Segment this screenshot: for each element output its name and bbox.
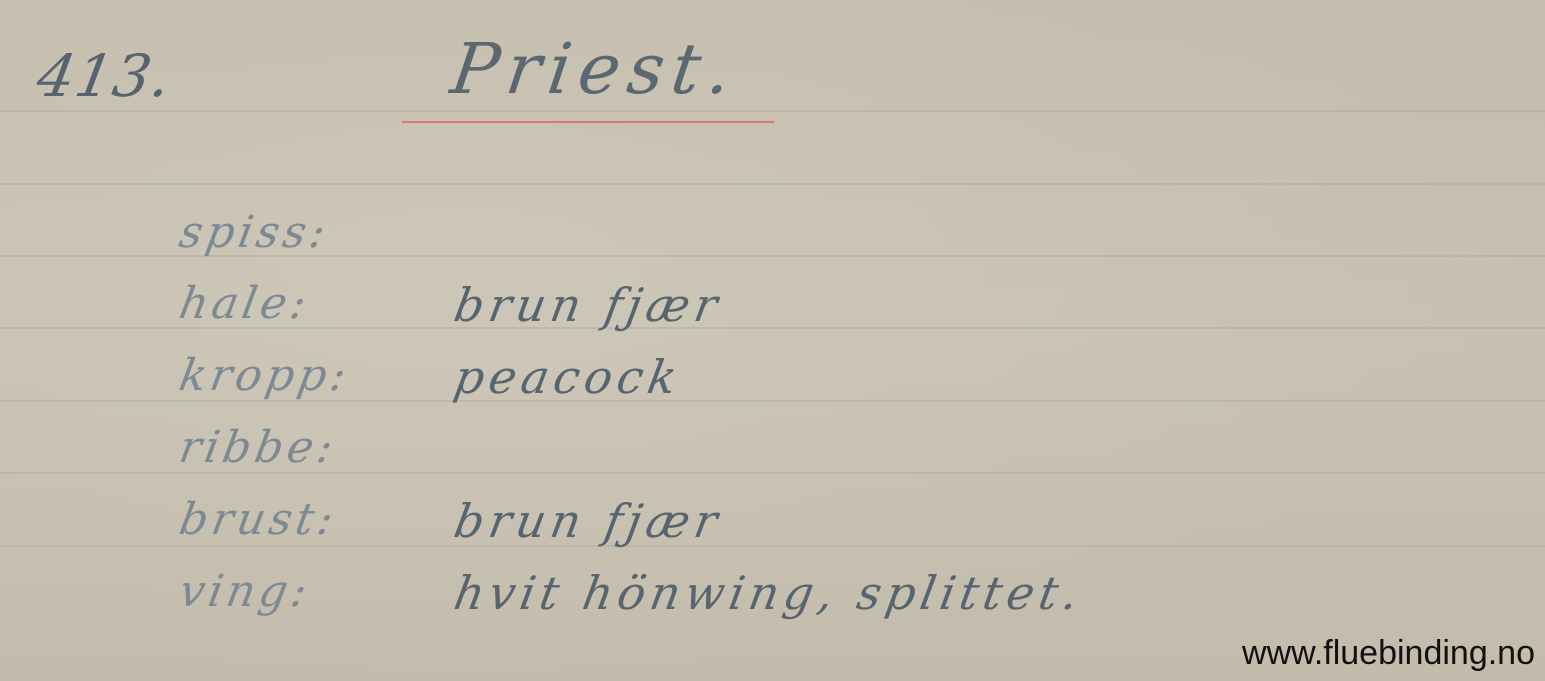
field-label-spiss: spiss: (176, 207, 334, 258)
notebook-page: 413. Priest. spiss: hale: brun fjær krop… (0, 0, 1545, 681)
field-label-ribbe: ribbe: (176, 422, 341, 473)
ruled-line (0, 545, 1545, 547)
field-label-kropp: kropp: (176, 350, 354, 401)
field-value-brust: brun fjær (450, 494, 726, 548)
ruled-line (0, 110, 1545, 112)
field-value-ving: hvit hönwing, splittet. (450, 566, 1087, 620)
ruled-line (0, 183, 1545, 185)
field-label-ving: ving: (176, 566, 315, 617)
field-value-hale: brun fjær (450, 278, 726, 332)
field-label-brust: brust: (176, 494, 342, 545)
watermark-url: www.fluebinding.no (1242, 634, 1535, 673)
title-underline (402, 121, 774, 123)
field-label-hale: hale: (176, 278, 315, 329)
entry-number: 413. (32, 42, 177, 110)
entry-title: Priest. (446, 28, 744, 110)
field-value-kropp: peacock (450, 350, 686, 404)
